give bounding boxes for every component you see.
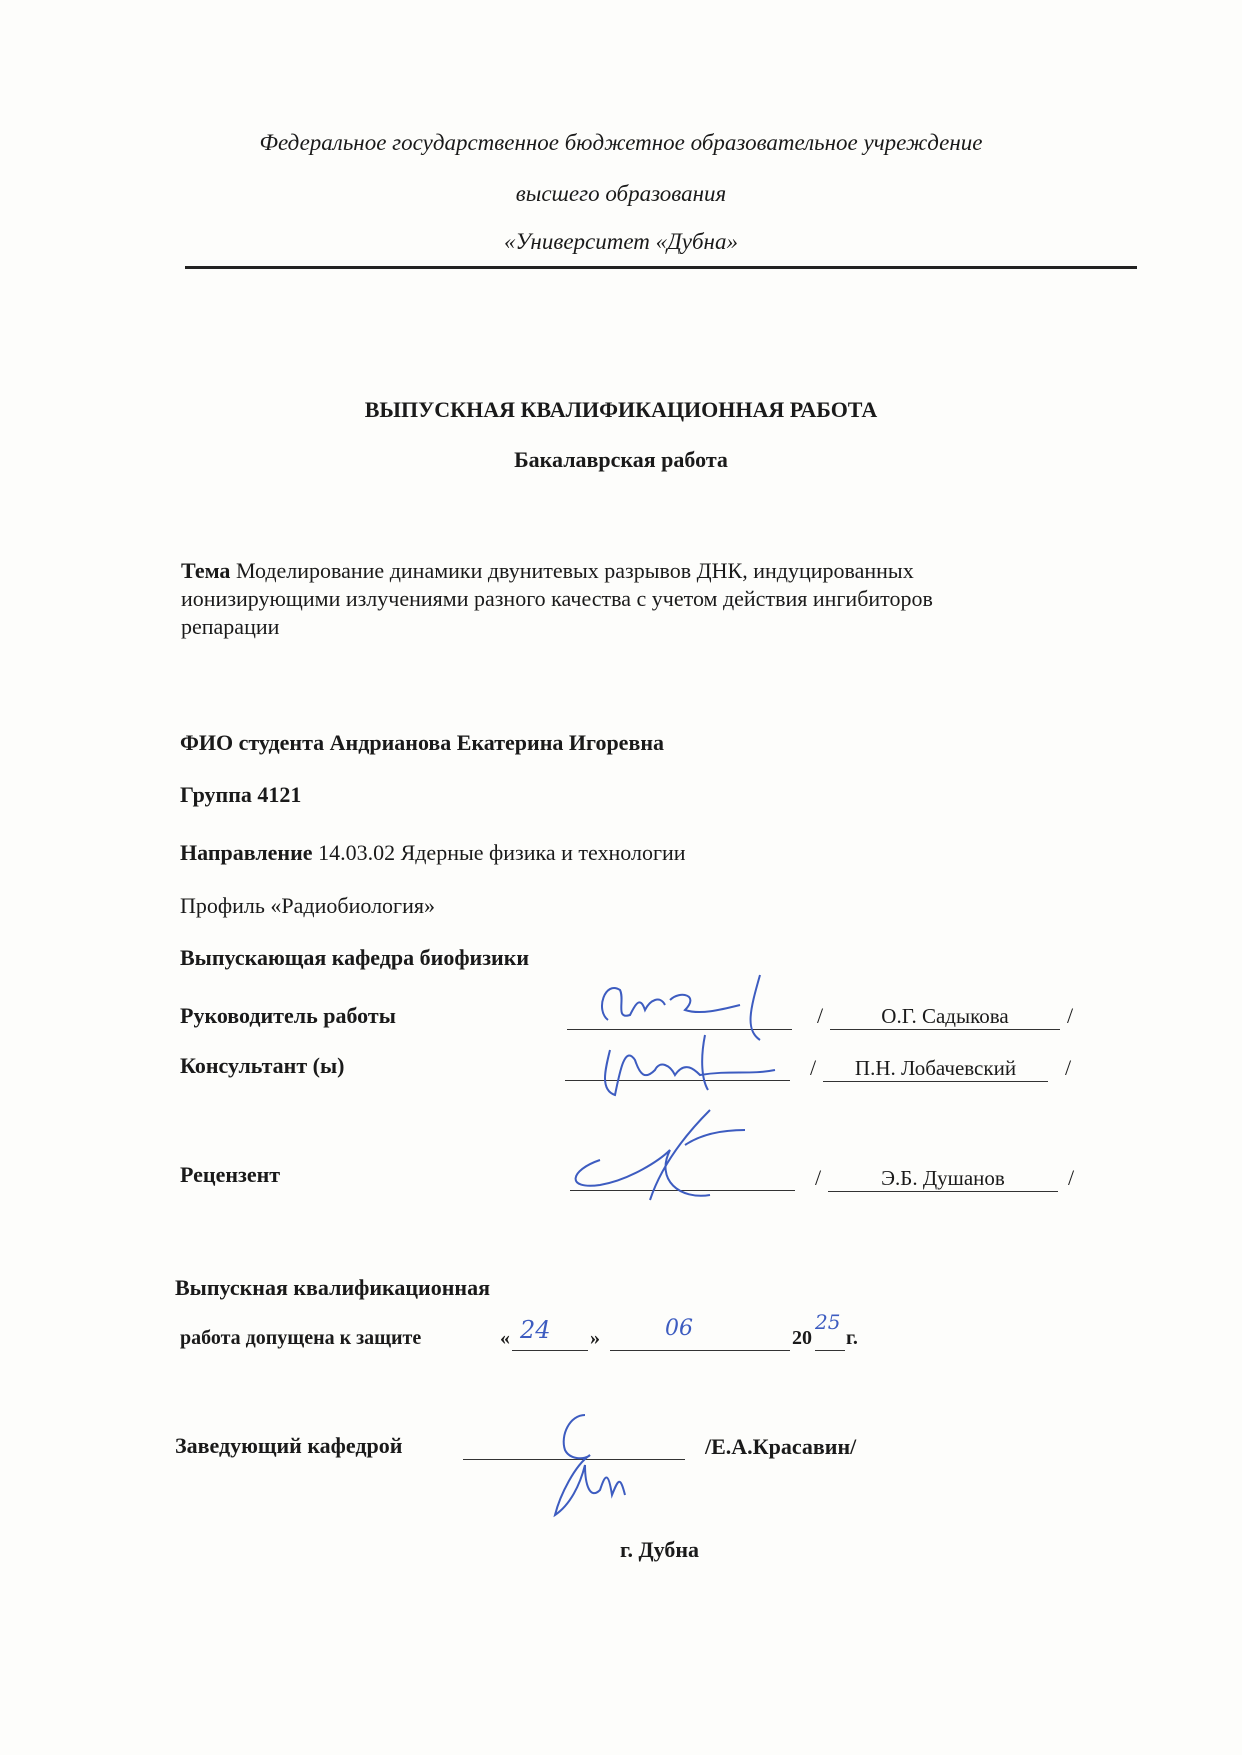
reviewer-slash-close: / — [1068, 1165, 1074, 1191]
student-label: ФИО студента — [180, 730, 324, 755]
direction-label: Направление — [180, 840, 313, 865]
consultant-role: Консультант (ы) — [180, 1053, 344, 1079]
reviewer-name: Э.Б. Душанов — [828, 1166, 1058, 1192]
date-month: 06 — [665, 1316, 693, 1341]
institution-line-1: Федеральное государственное бюджетное об… — [0, 130, 1242, 156]
header-divider — [185, 266, 1137, 269]
topic-text-2: ионизирующими излучениями разного качест… — [181, 585, 1061, 613]
date-day-line — [512, 1350, 588, 1351]
group-field: Группа 4121 — [180, 782, 301, 808]
date-month-line — [610, 1350, 790, 1351]
direction-field: Направление 14.03.02 Ядерные физика и те… — [180, 840, 686, 866]
date-year-line — [815, 1350, 845, 1351]
consultant-signature-icon — [590, 1030, 800, 1110]
date-close-quote: » — [590, 1327, 600, 1350]
department-field: Выпускающая кафедра биофизики — [180, 945, 529, 971]
group-value: 4121 — [257, 782, 301, 807]
consultant-slash-close: / — [1065, 1055, 1071, 1081]
supervisor-name: О.Г. Садыкова — [830, 1004, 1060, 1030]
supervisor-slash-close: / — [1067, 1003, 1073, 1029]
direction-value: 14.03.02 Ядерные физика и технологии — [313, 840, 686, 865]
topic-text-3: репарации — [181, 613, 1061, 641]
date-year-end: г. — [846, 1327, 858, 1350]
student-name: Андрианова Екатерина Игоревна — [330, 730, 664, 755]
topic-label: Тема — [181, 558, 230, 583]
supervisor-role: Руководитель работы — [180, 1003, 396, 1029]
reviewer-slash-open: / — [815, 1165, 821, 1191]
date-year-prefix: 20 — [792, 1327, 812, 1350]
supervisor-slash-open: / — [817, 1003, 823, 1029]
document-subtitle: Бакалаврская работа — [0, 447, 1242, 473]
topic-block: Тема Моделирование динамики двунитевых р… — [181, 557, 1061, 641]
head-role: Заведующий кафедрой — [175, 1433, 402, 1459]
head-signature-icon — [530, 1405, 660, 1525]
admission-line-1: Выпускная квалификационная — [175, 1275, 490, 1301]
document-title: ВЫПУСКНАЯ КВАЛИФИКАЦИОННАЯ РАБОТА — [0, 397, 1242, 423]
profile-field: Профиль «Радиобиология» — [180, 893, 435, 919]
reviewer-role: Рецензент — [180, 1162, 280, 1188]
reviewer-signature-icon — [560, 1100, 780, 1210]
institution-line-2: высшего образования — [0, 181, 1242, 207]
consultant-name: П.Н. Лобачевский — [823, 1056, 1048, 1082]
date-year-suffix: 25 — [815, 1310, 840, 1334]
date-open-quote: « — [500, 1327, 510, 1350]
group-label: Группа — [180, 782, 252, 807]
student-field: ФИО студента Андрианова Екатерина Игорев… — [180, 730, 664, 756]
admission-line-2: работа допущена к защите — [180, 1327, 421, 1350]
topic-text-1: Моделирование динамики двунитевых разрыв… — [230, 558, 913, 583]
head-name: /Е.А.Красавин/ — [705, 1434, 856, 1460]
institution-line-3: «Университет «Дубна» — [0, 229, 1242, 255]
city: г. Дубна — [620, 1537, 699, 1563]
date-day: 24 — [520, 1316, 551, 1344]
consultant-slash-open: / — [810, 1055, 816, 1081]
